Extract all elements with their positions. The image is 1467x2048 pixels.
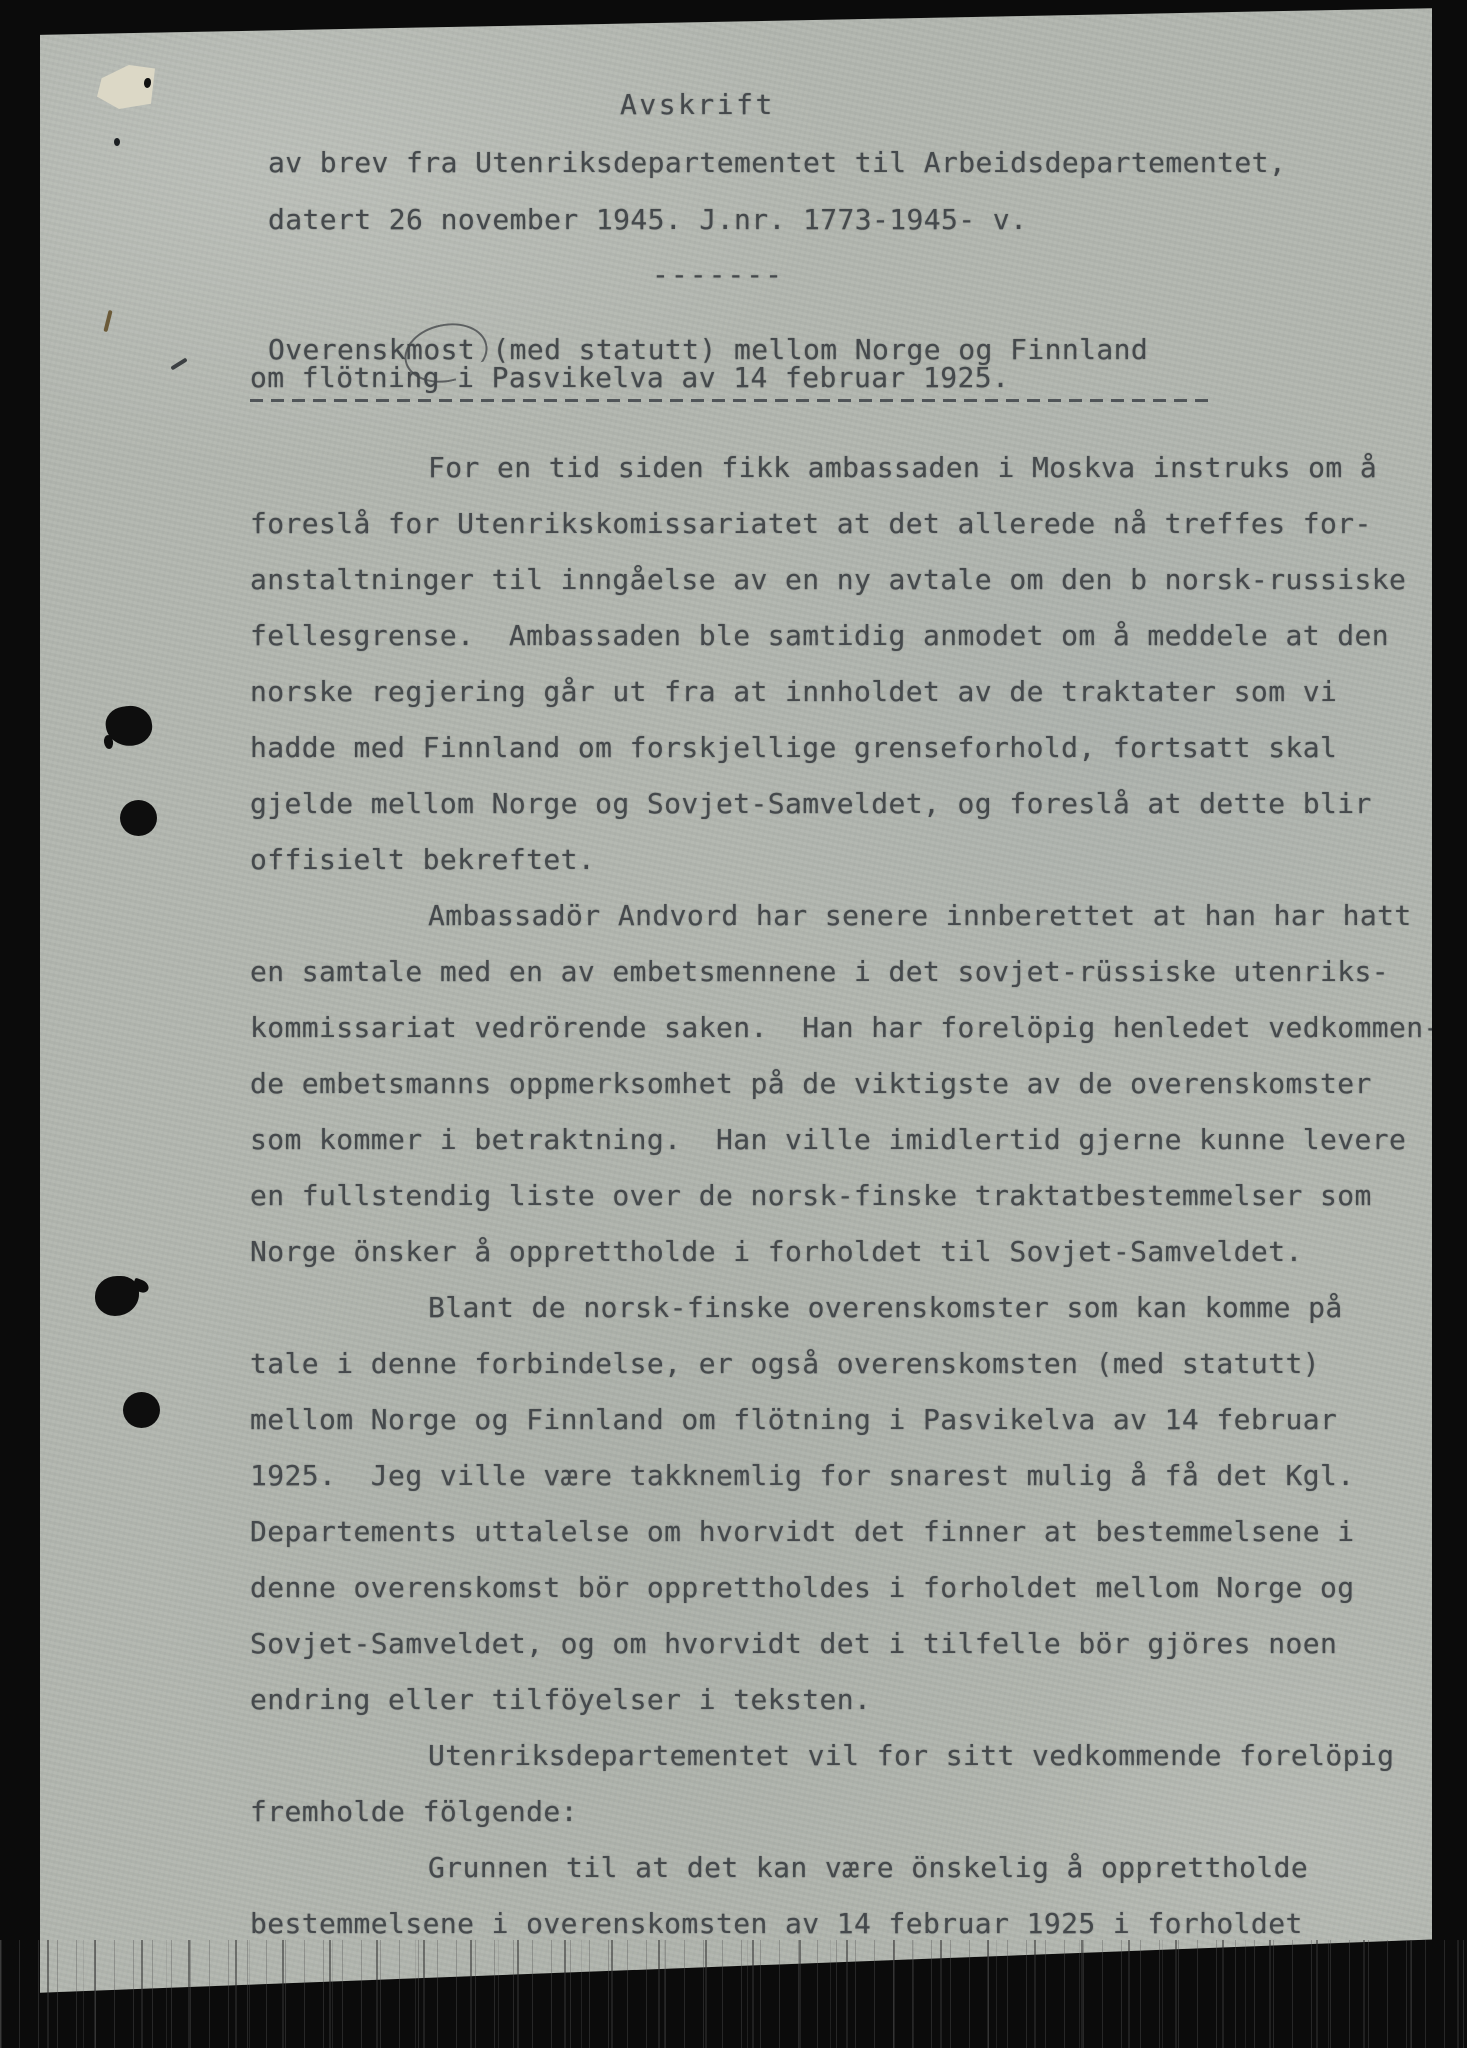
document-line: denne overenskomst bör opprettholdes i f… (250, 1560, 1430, 1616)
document-line: tale i denne forbindelse, er også overen… (250, 1336, 1430, 1392)
document-line: fremholde fölgende: (250, 1784, 1430, 1840)
document-line: de embetsmanns oppmerksomhet på de vikti… (250, 1056, 1430, 1112)
document-line: Blant de norsk-finske overenskomster som… (250, 1280, 1430, 1336)
paper-sheet: Avskrift av brev fra Utenriksdepartement… (40, 0, 1432, 2048)
document-line: endring eller tilföyelser i teksten. (250, 1672, 1430, 1728)
scanner-streaks (0, 1940, 1467, 2048)
document-line: For en tid siden fikk ambassaden i Moskv… (250, 440, 1430, 496)
document-line: anstaltninger til inngåelse av en ny avt… (250, 552, 1430, 608)
subject-heading-line: om flötning i Pasvikelva av 14 februar 1… (250, 361, 1009, 394)
document-line: offisielt bekreftet. (250, 832, 1430, 888)
document-line: en fullstendig liste over de norsk-finsk… (250, 1168, 1430, 1224)
document-line: Departements uttalelse om hvorvidt det f… (250, 1504, 1430, 1560)
punch-hole (103, 703, 154, 749)
pen-mark (103, 310, 112, 332)
punch-hole (123, 1392, 160, 1428)
dashed-underline (250, 399, 1212, 402)
document-line: Utenriksdepartementet vil for sitt vedko… (250, 1728, 1430, 1784)
document-line: fellesgrense. Ambassaden ble samtidig an… (250, 608, 1430, 664)
intro-line: av brev fra Utenriksdepartementet til Ar… (268, 146, 1286, 179)
document-line: Grunnen til at det kan være önskelig å o… (250, 1840, 1430, 1896)
document-line: Norge önsker å opprettholde i forholdet … (250, 1224, 1430, 1280)
ink-speck (114, 138, 120, 146)
scanned-document-page: { "colors": { "background": "#0b0b0b", "… (0, 0, 1467, 2048)
punch-hole (95, 1276, 139, 1316)
document-line: en samtale med en av embetsmennene i det… (250, 944, 1430, 1000)
document-line: mellom Norge og Finnland om flötning i P… (250, 1392, 1430, 1448)
separator-dashes: ------- (652, 258, 784, 291)
document-line: hadde med Finnland om forskjellige grens… (250, 720, 1430, 776)
document-line: 1925. Jeg ville være takknemlig for snar… (250, 1448, 1430, 1504)
document-line: Sovjet-Samveldet, og om hvorvidt det i t… (250, 1616, 1430, 1672)
document-body: For en tid siden fikk ambassaden i Moskv… (250, 440, 1430, 1952)
check-mark (170, 358, 187, 371)
document-line: Ambassadör Andvord har senere innberette… (250, 888, 1430, 944)
document-title: Avskrift (620, 88, 775, 121)
document-line: kommissariat vedrörende saken. Han har f… (250, 1000, 1430, 1056)
punch-hole (120, 800, 157, 836)
document-line: gjelde mellom Norge og Sovjet-Samveldet,… (250, 776, 1430, 832)
document-line: norske regjering går ut fra at innholdet… (250, 664, 1430, 720)
intro-line-date: datert 26 november 1945. J.nr. 1773-1945… (268, 203, 1027, 236)
document-line: foreslå for Utenrikskomissariatet at det… (250, 496, 1430, 552)
document-line: som kommer i betraktning. Han ville imid… (250, 1112, 1430, 1168)
